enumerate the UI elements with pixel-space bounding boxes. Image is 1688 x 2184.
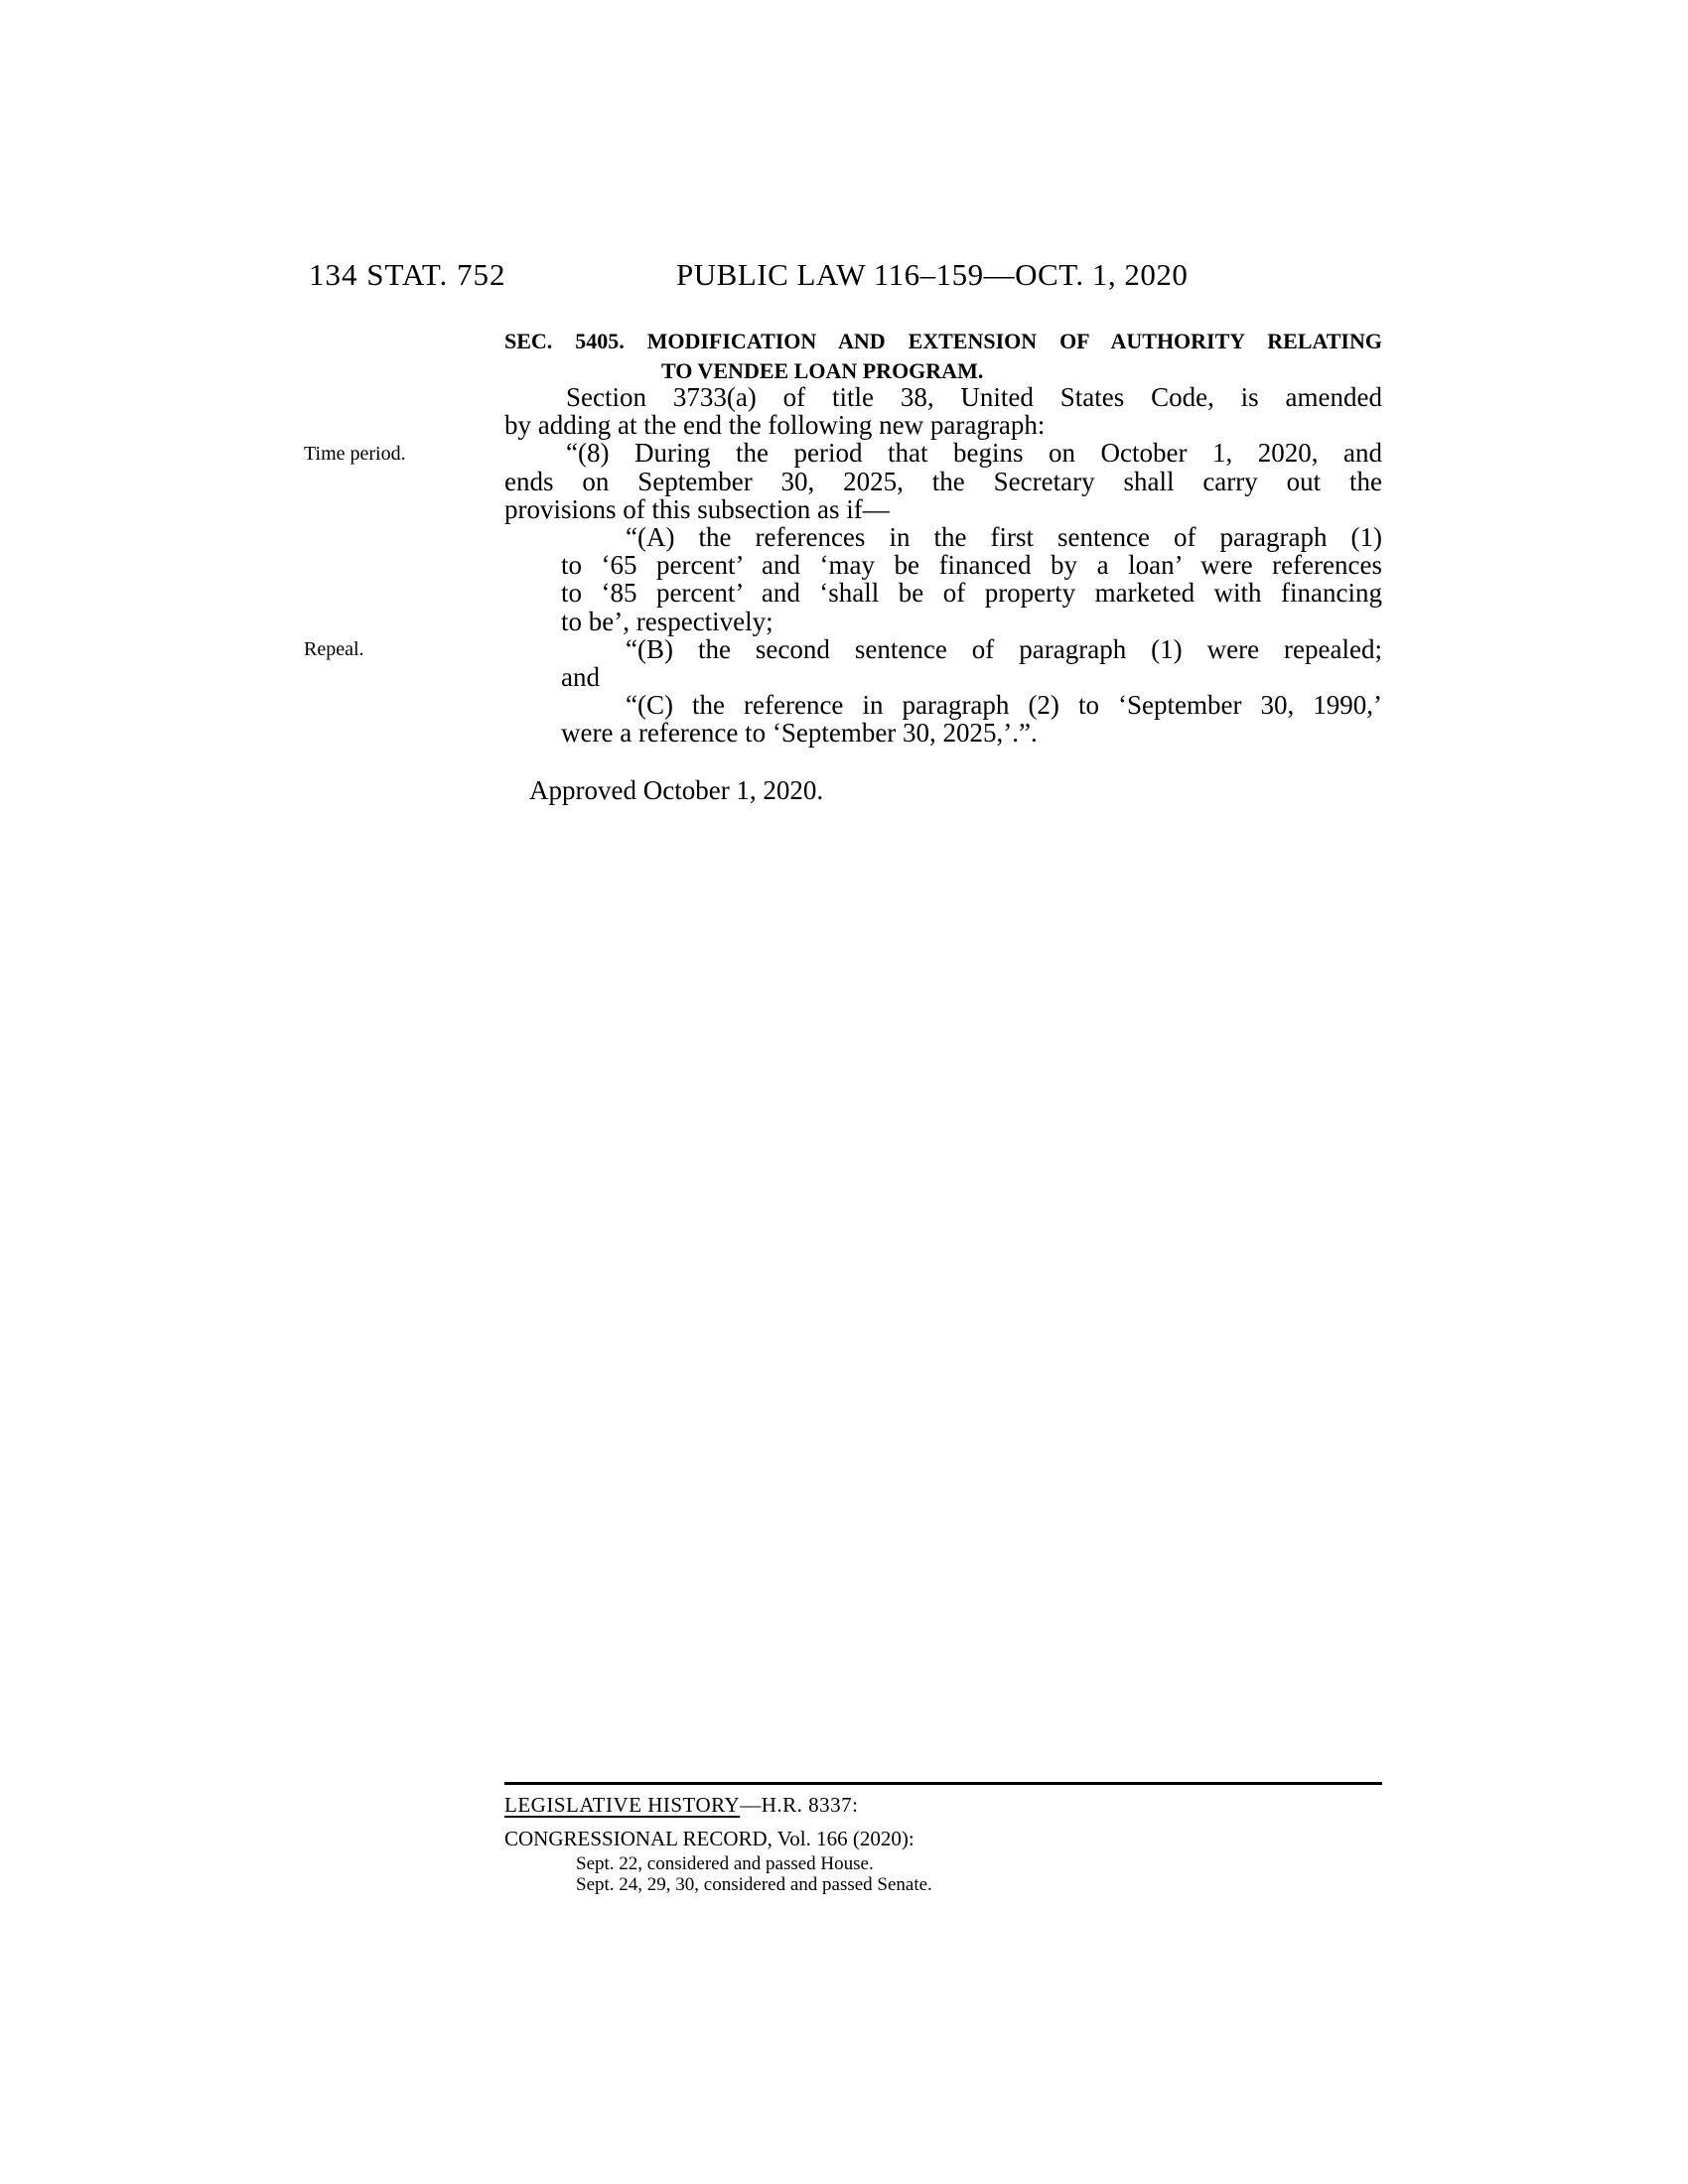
body-line: by adding at the end the following new p… bbox=[504, 411, 1382, 439]
body-line: “(A) the references in the first sentenc… bbox=[504, 523, 1382, 551]
section-heading-line1: SEC. 5405. MODIFICATION AND EXTENSION OF… bbox=[504, 327, 1382, 356]
body-line: “(B) the second sentence of paragraph (1… bbox=[504, 635, 1382, 663]
statute-page: 134 STAT. 752 PUBLIC LAW 116–159—OCT. 1,… bbox=[0, 0, 1688, 2184]
body-line: and bbox=[504, 663, 1382, 691]
section-heading: SEC. 5405. MODIFICATION AND EXTENSION OF… bbox=[504, 327, 1382, 386]
body-line: “(C) the reference in paragraph (2) to ‘… bbox=[504, 691, 1382, 719]
legislative-history-bill: —H.R. 8337: bbox=[740, 1793, 858, 1817]
statute-body: Section 3733(a) of title 38, United Stat… bbox=[504, 383, 1382, 748]
body-line: to ‘85 percent’ and ‘shall be of propert… bbox=[504, 579, 1382, 607]
history-item-senate: Sept. 24, 29, 30, considered and passed … bbox=[576, 1874, 932, 1896]
history-item-house: Sept. 22, considered and passed House. bbox=[576, 1853, 874, 1875]
body-line: ends on September 30, 2025, the Secretar… bbox=[504, 468, 1382, 495]
body-line: Section 3733(a) of title 38, United Stat… bbox=[504, 383, 1382, 411]
margin-note-repeal: Repeal. bbox=[304, 638, 364, 661]
approval-line: Approved October 1, 2020. bbox=[529, 775, 823, 806]
margin-note-time-period: Time period. bbox=[304, 443, 406, 466]
body-line: were a reference to ‘September 30, 2025,… bbox=[504, 719, 1382, 747]
public-law-header: PUBLIC LAW 116–159—OCT. 1, 2020 bbox=[676, 257, 1188, 293]
body-line: provisions of this subsection as if— bbox=[504, 495, 1382, 523]
stat-page-number: 134 STAT. 752 bbox=[309, 257, 506, 293]
body-line: to ‘65 percent’ and ‘may be financed by … bbox=[504, 551, 1382, 579]
congressional-record-line: CONGRESSIONAL RECORD, Vol. 166 (2020): bbox=[504, 1827, 914, 1851]
body-line: “(8) During the period that begins on Oc… bbox=[504, 439, 1382, 467]
body-line: to be’, respectively; bbox=[504, 608, 1382, 635]
legislative-history-heading: LEGISLATIVE HISTORY—H.R. 8337: bbox=[504, 1793, 858, 1818]
legislative-history-label: LEGISLATIVE HISTORY bbox=[504, 1793, 740, 1817]
legislative-history-rule bbox=[504, 1782, 1382, 1785]
